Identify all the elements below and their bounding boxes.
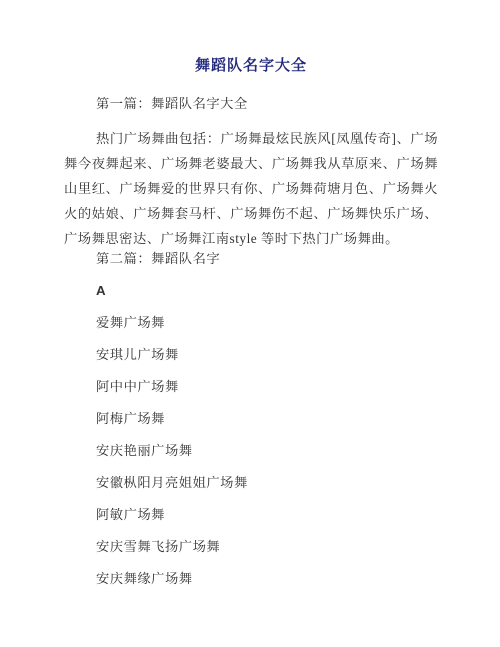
section1-paragraph: 热门广场舞曲包括：广场舞最炫民族风[凤凰传奇]、广场舞今夜舞起来、广场舞老婆最大… (64, 126, 438, 251)
team-name-item: 安徽枞阳月亮姐姐广场舞 (64, 475, 438, 490)
team-name-item: 阿梅广场舞 (64, 411, 438, 426)
document-page: 舞蹈队名字大全 第一篇：舞蹈队名字大全 热门广场舞曲包括：广场舞最炫民族风[凤凰… (0, 0, 500, 647)
team-name-item: 安琪儿广场舞 (64, 347, 438, 362)
team-name-item: 安庆艳丽广场舞 (64, 443, 438, 458)
team-name-item: 阿敏广场舞 (64, 507, 438, 522)
section1-heading: 第一篇：舞蹈队名字大全 (64, 96, 438, 111)
team-name-item: 爱舞广场舞 (64, 315, 438, 330)
document-title: 舞蹈队名字大全 (64, 56, 438, 76)
team-name-item: 安庆舞缘广场舞 (64, 571, 438, 586)
team-name-item: 安庆雪舞飞扬广场舞 (64, 539, 438, 554)
team-name-item: 阿中中广场舞 (64, 379, 438, 394)
group-letter-a: A (64, 283, 438, 298)
section2-heading: 第二篇：舞蹈队名字 (64, 251, 438, 266)
